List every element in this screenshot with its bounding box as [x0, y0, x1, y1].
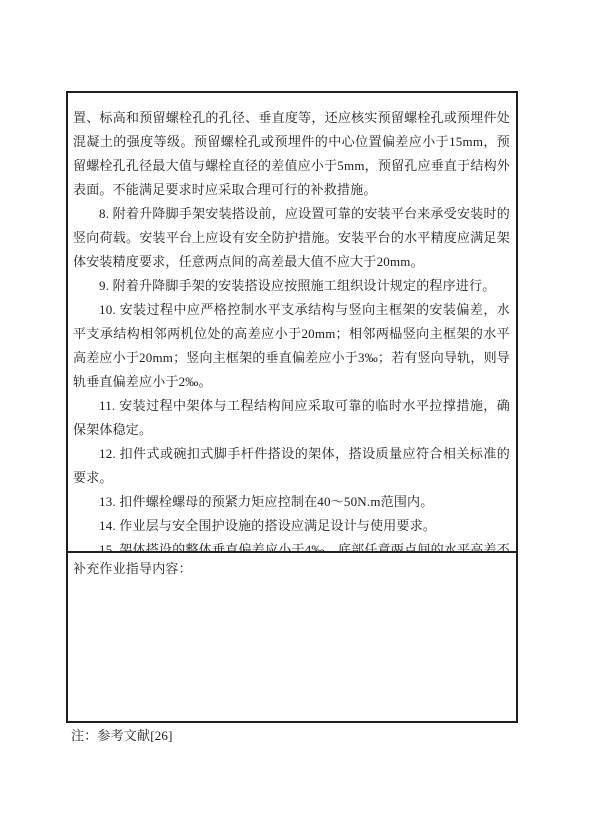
instruction-paragraph-12: 12. 扣件式或碗扣式脚手杆件搭设的架体，搭设质量应符合相关标准的要求。	[73, 442, 510, 490]
instruction-paragraph-13: 13. 扣件螺栓螺母的预紧力矩应控制在40～50N.m范围内。	[73, 490, 510, 514]
instruction-table: 置、标高和预留螺栓孔的孔径、垂直度等，还应核实预留螺栓孔或预埋件处混凝土的强度等…	[66, 91, 518, 723]
instructions-cell: 置、标高和预留螺栓孔的孔径、垂直度等，还应核实预留螺栓孔或预埋件处混凝土的强度等…	[68, 93, 516, 551]
reference-note: 注：参考文献[26]	[71, 728, 173, 744]
instruction-paragraph-11: 11. 安装过程中架体与工程结构间应采取可靠的临时水平拉撑措施，确保架体稳定。	[73, 394, 510, 442]
instruction-paragraph-continuation: 置、标高和预留螺栓孔的孔径、垂直度等，还应核实预留螺栓孔或预埋件处混凝土的强度等…	[73, 106, 510, 202]
supplementary-content-label: 补充作业指导内容：	[73, 558, 510, 580]
instruction-paragraph-14: 14. 作业层与安全围护设施的搭设应满足设计与使用要求。	[73, 514, 510, 538]
instruction-paragraph-9: 9. 附着升降脚手架的安装搭设应按照施工组织设计规定的程序进行。	[73, 274, 510, 298]
instruction-paragraph-10: 10. 安装过程中应严格控制水平支承结构与竖向主框架的安装偏差，水平支承结构相邻…	[73, 298, 510, 394]
instruction-paragraph-8: 8. 附着升降脚手架安装搭设前，应设置可靠的安装平台来承受安装时的竖向荷载。安装…	[73, 202, 510, 274]
instruction-paragraph-15: 15. 架体搭设的整体垂直偏差应小于4‰，底部任意两点间的水平高差不大于50mm…	[73, 538, 510, 551]
supplementary-cell: 补充作业指导内容：	[68, 551, 516, 721]
